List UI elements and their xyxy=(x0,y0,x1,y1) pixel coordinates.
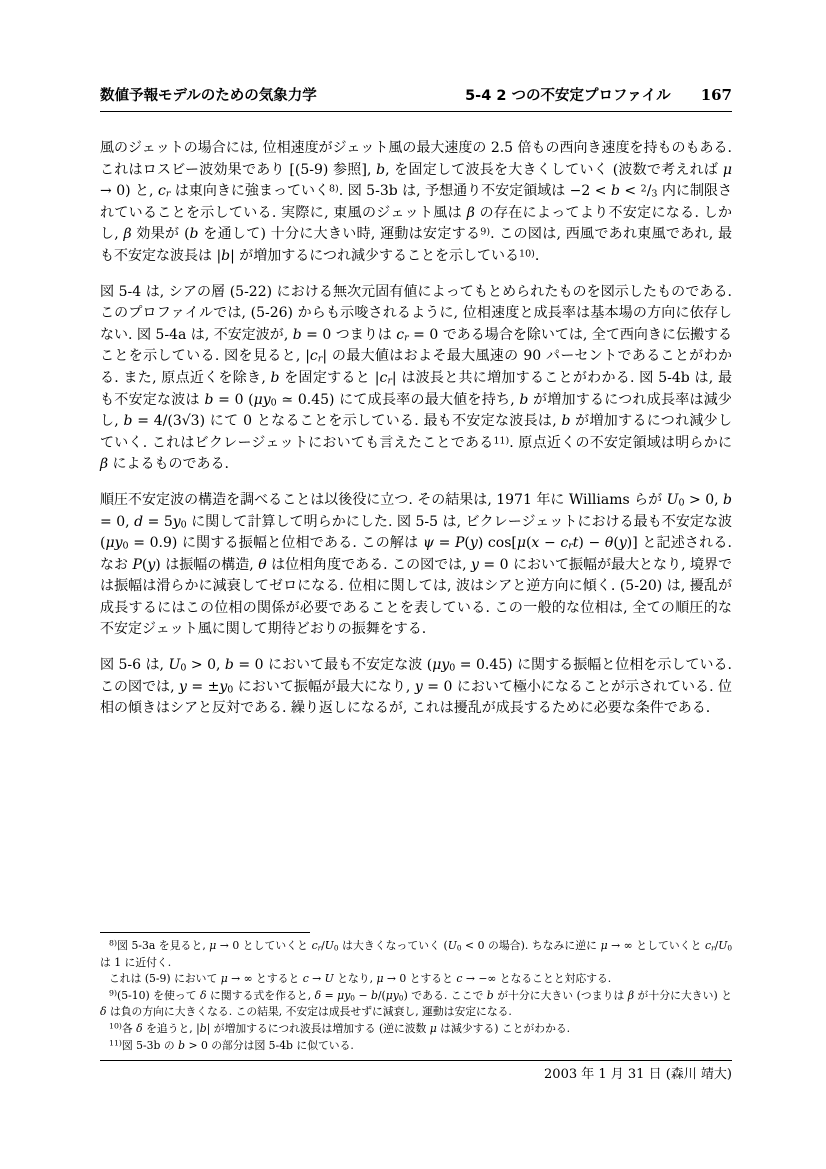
footnote-marker: 9) xyxy=(109,989,117,998)
footnote-text: 各 δ を追うと, |b| が増加するにつれ波長は増加する (逆に波数 μ は減… xyxy=(122,1022,570,1035)
footer-date: 2003 年 1 月 31 日 (森川 靖大) xyxy=(100,1066,732,1083)
footnote-11: 11)図 5-3b の b > 0 の部分は図 5-4b に似ている. xyxy=(100,1038,732,1055)
paragraph-4: 図 5-6 は, U0 > 0, b = 0 において最も不安定な波 (μy0 … xyxy=(100,655,732,720)
footnote-separator-rule xyxy=(100,932,310,933)
paragraph-3: 順圧不安定波の構造を調べることは以後役に立つ. その結果は, 1971 年に W… xyxy=(100,490,732,641)
page-number: 167 xyxy=(701,86,732,104)
paragraph-1: 風のジェットの場合には, 位相速度がジェット風の最大速度の 2.5 倍もの西向き… xyxy=(100,138,732,268)
footnote-10: 10)各 δ を追うと, |b| が増加するにつれ波長は増加する (逆に波数 μ… xyxy=(100,1021,732,1038)
footnote-text: 図 5-3b の b > 0 の部分は図 5-4b に似ている. xyxy=(122,1039,354,1052)
footnote-8-continued: これは (5-9) において μ → ∞ とすると c → U となり, μ →… xyxy=(100,971,732,988)
document-page: 数値予報モデルのための気象力学 5-4 2 つの不安定プロファイル 167 風の… xyxy=(0,0,826,1169)
footnote-text: (5-10) を使って δ に関する式を作ると, δ = μy0 − b/(μy… xyxy=(100,989,732,1019)
footnote-9: 9)(5-10) を使って δ に関する式を作ると, δ = μy0 − b/(… xyxy=(100,988,732,1021)
page-header: 数値予報モデルのための気象力学 5-4 2 つの不安定プロファイル 167 xyxy=(100,86,732,112)
footnotes-section: 8)図 5-3a を見ると, μ → 0 としていくと cr/U0 は大きくなっ… xyxy=(100,932,732,1054)
footnote-marker: 11) xyxy=(109,1038,122,1047)
paragraph-2: 図 5-4 は, シアの層 (5-22) における無次元固有値によってもとめられ… xyxy=(100,282,732,476)
section-title: 5-4 2 つの不安定プロファイル xyxy=(465,87,671,105)
footnote-text: これは (5-9) において μ → ∞ とすると c → U となり, μ →… xyxy=(109,972,611,985)
footnote-marker: 8) xyxy=(109,939,117,948)
book-title: 数値予報モデルのための気象力学 xyxy=(100,87,465,105)
footer-rule xyxy=(100,1060,732,1061)
body-text: 風のジェットの場合には, 位相速度がジェット風の最大速度の 2.5 倍もの西向き… xyxy=(100,138,732,734)
footnote-text: 図 5-3a を見ると, μ → 0 としていくと cr/U0 は大きくなってい… xyxy=(100,939,732,969)
page-footer: 2003 年 1 月 31 日 (森川 靖大) xyxy=(100,1060,732,1083)
footnote-marker: 10) xyxy=(109,1022,122,1031)
footnote-8: 8)図 5-3a を見ると, μ → 0 としていくと cr/U0 は大きくなっ… xyxy=(100,938,732,971)
